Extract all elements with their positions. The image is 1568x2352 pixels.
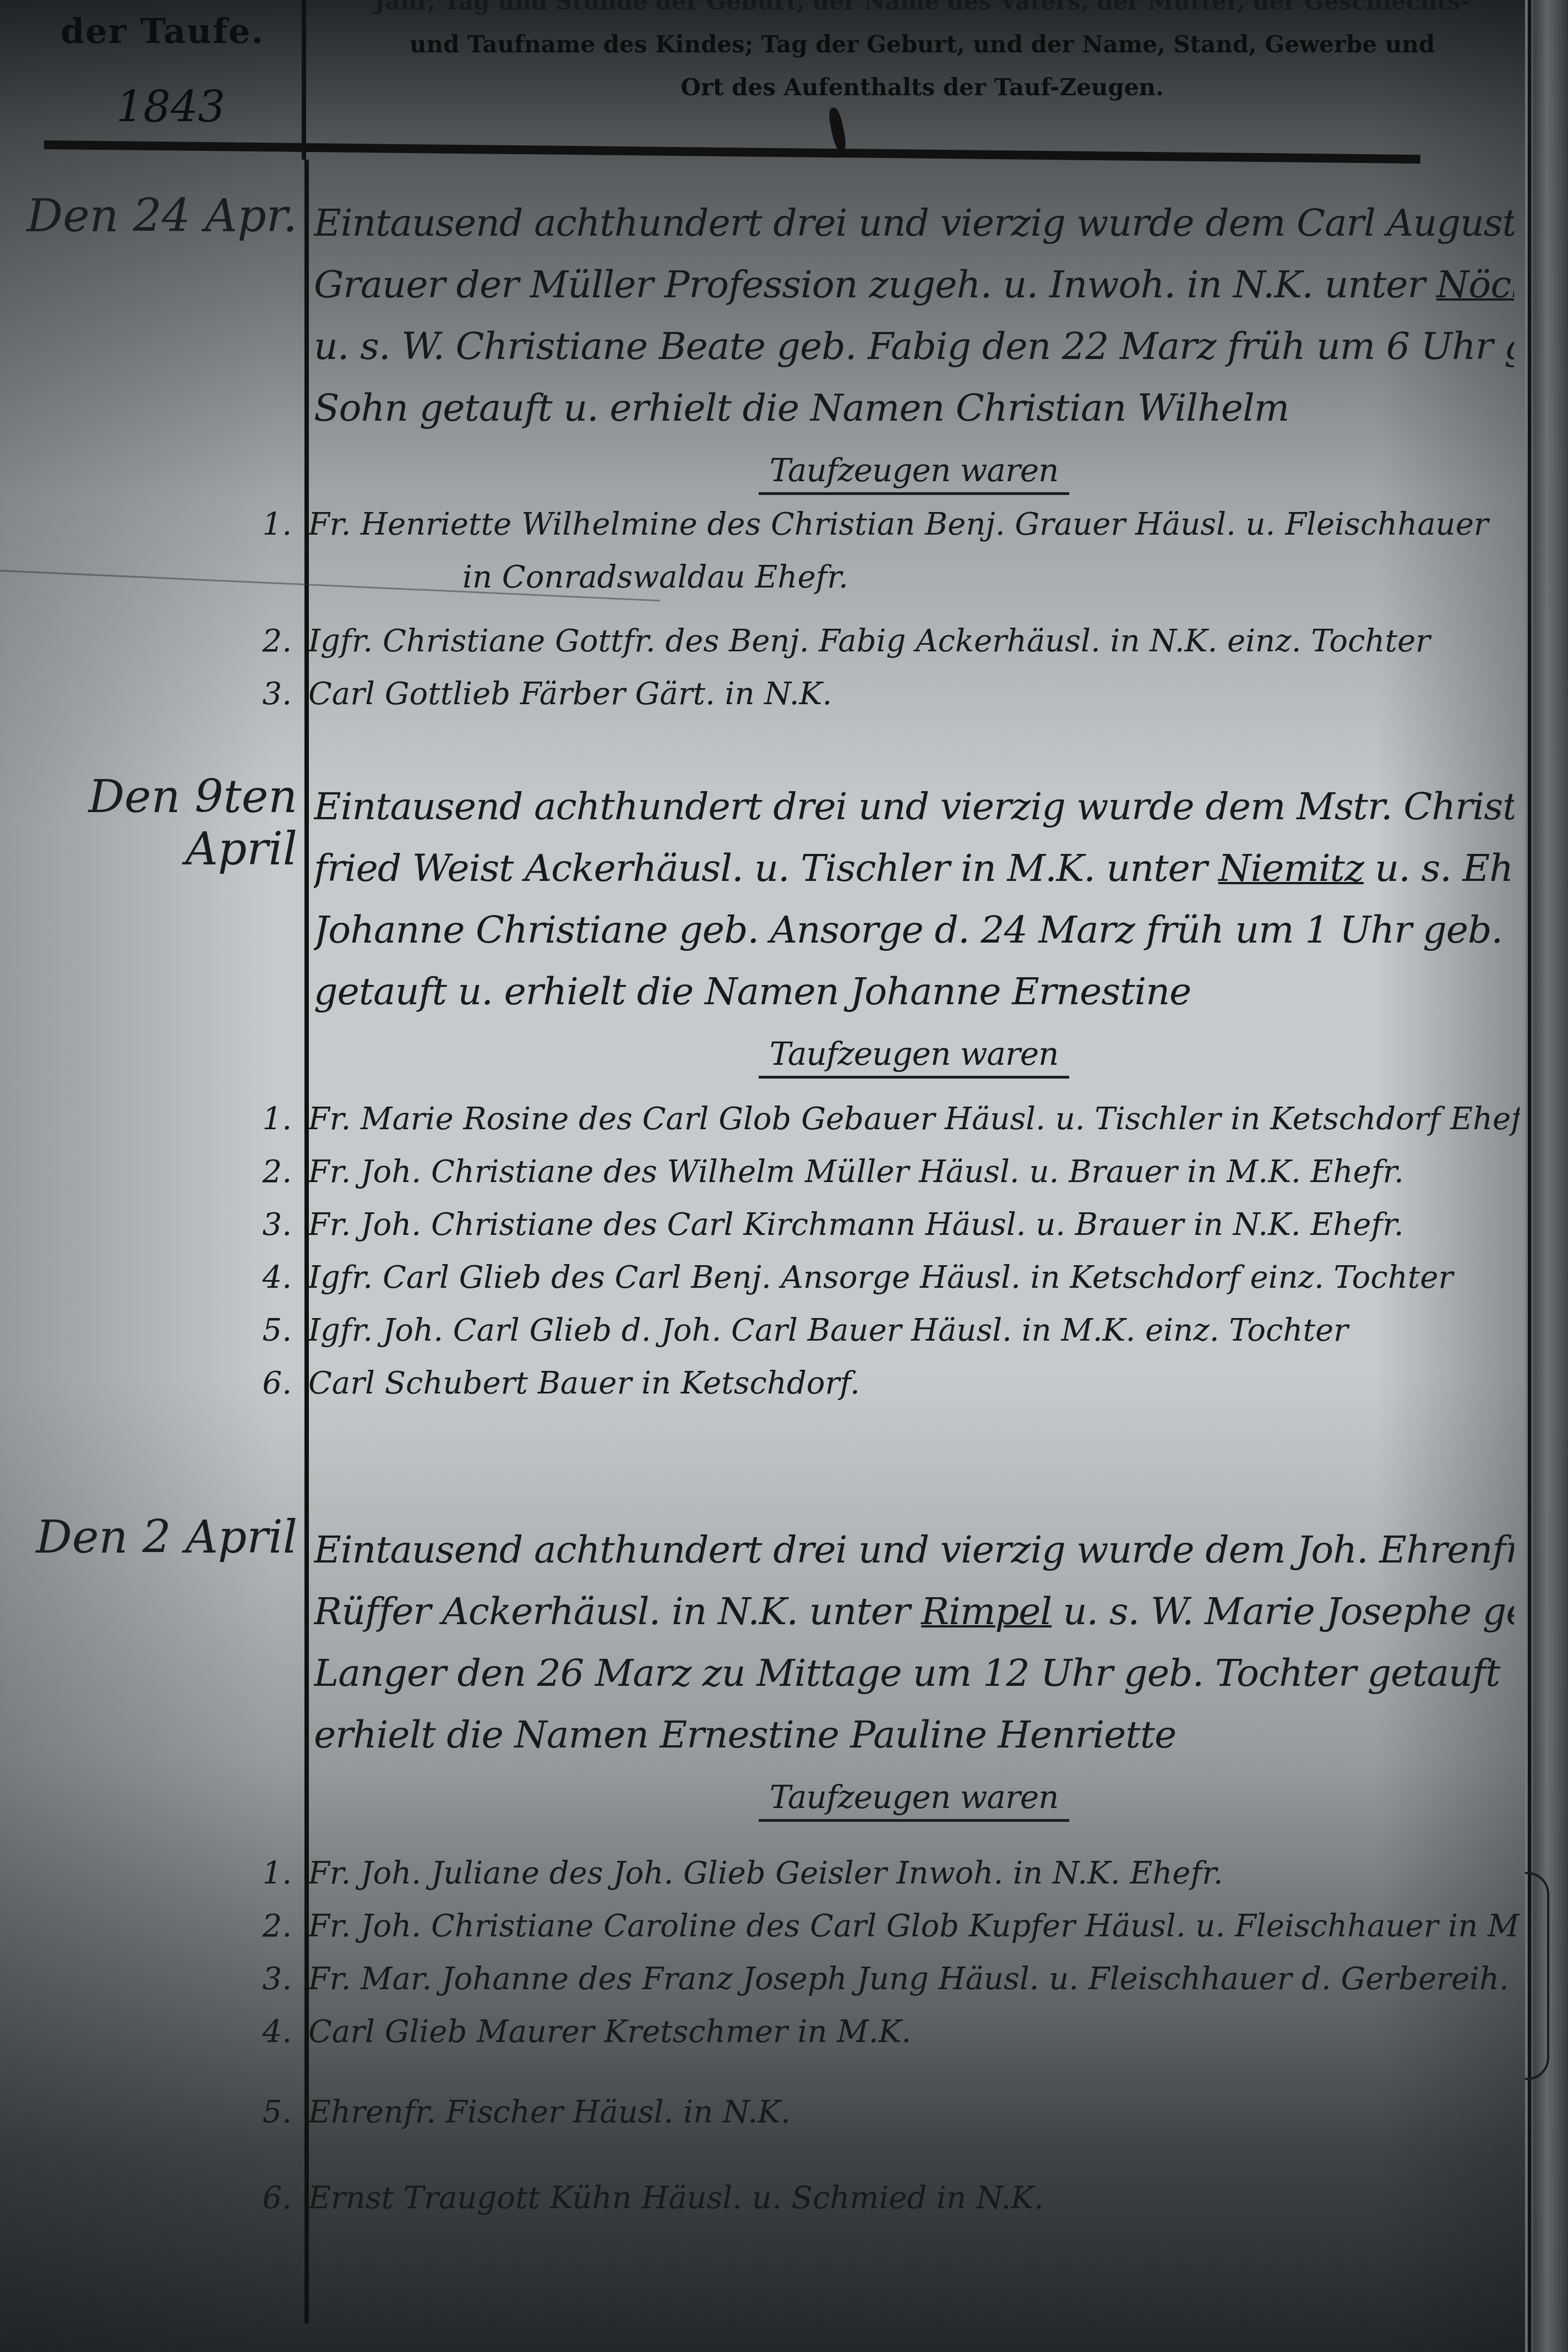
witness-text: Ehrenfr. Fischer Häusl. in N.K. (308, 2086, 1520, 2139)
witness-number: 4. (242, 2006, 308, 2059)
witness-heading: Taufzeugen waren (314, 1766, 1514, 1828)
witness-row: 3.Fr. Mar. Johanne des Franz Joseph Jung… (242, 1953, 1520, 2006)
witness-row-continued: in Conradswaldau Ehefr. (242, 551, 1520, 604)
underlined-place-name: Niemitz (1218, 847, 1364, 890)
witness-text: Ernst Traugott Kühn Häusl. u. Schmied in… (308, 2172, 1520, 2225)
witness-number: 3. (242, 1953, 308, 2006)
witness-text: Igfr. Carl Glieb des Carl Benj. Ansorge … (308, 1251, 1520, 1304)
record-line: Eintausend achthundert drei und vierzig … (314, 193, 1514, 254)
witness-row: 6.Carl Schubert Bauer in Ketschdorf. (242, 1357, 1520, 1410)
witness-text: Fr. Joh. Christiane des Wilhelm Müller H… (308, 1146, 1520, 1199)
witness-text: Fr. Joh. Juliane des Joh. Glieb Geisler … (308, 1847, 1520, 1900)
witness-number: 2. (242, 615, 308, 668)
record-line: Grauer der Müller Profession zugeh. u. I… (314, 254, 1514, 316)
record-line: Sohn getauft u. erhielt die Namen Christ… (314, 378, 1514, 439)
witness-number: 2. (242, 1900, 308, 1953)
header-left-title: der Taufe. (33, 11, 292, 51)
header-line-1: Jahr, Tag und Stunde der Geburt, der Nam… (336, 0, 1509, 23)
witness-row: 2.Igfr. Christiane Gottfr. des Benj. Fab… (242, 615, 1520, 668)
header-bottom-rule (44, 140, 1420, 164)
witness-row: 1.Fr. Marie Rosine des Carl Glob Gebauer… (242, 1093, 1520, 1146)
record-line: Rüffer Ackerhäusl. in N.K. unter Rimpel … (314, 1581, 1514, 1643)
entry-record: Eintausend achthundert drei und vierzig … (314, 776, 1514, 1085)
header-column-divider (302, 0, 306, 160)
entry-date: Den 24 Apr. (0, 190, 297, 242)
witness-row: 4.Igfr. Carl Glieb des Carl Benj. Ansorg… (242, 1251, 1520, 1304)
witness-row: 2.Fr. Joh. Christiane Caroline des Carl … (242, 1900, 1520, 1953)
witness-text: Fr. Marie Rosine des Carl Glob Gebauer H… (308, 1093, 1520, 1146)
witness-number: 4. (242, 1251, 308, 1304)
witness-text: Igfr. Joh. Carl Glieb d. Joh. Carl Bauer… (308, 1304, 1520, 1357)
record-line: fried Weist Ackerhäusl. u. Tischler in M… (314, 838, 1514, 900)
header-main-title: Jahr, Tag und Stunde der Geburt, der Nam… (336, 0, 1509, 109)
witness-row: 3.Fr. Joh. Christiane des Carl Kirchmann… (242, 1199, 1520, 1251)
record-line: u. s. W. Christiane Beate geb. Fabig den… (314, 316, 1514, 378)
header-year: 1843 (110, 83, 231, 132)
witness-text: Fr. Joh. Christiane des Carl Kirchmann H… (308, 1199, 1520, 1251)
record-line: getauft u. erhielt die Namen Johanne Ern… (314, 961, 1514, 1023)
underlined-place-name: Rimpel (921, 1590, 1052, 1634)
witness-text: Fr. Joh. Christiane Caroline des Carl Gl… (308, 1900, 1520, 1953)
entry-date: Den 9ten April (0, 771, 297, 875)
witness-row: 6.Ernst Traugott Kühn Häusl. u. Schmied … (242, 2172, 1520, 2225)
register-page: der Taufe. 1843 Jahr, Tag und Stunde der… (0, 0, 1568, 2352)
witness-number: 3. (242, 1199, 308, 1251)
witness-text: in Conradswaldau Ehefr. (462, 551, 1520, 604)
witness-text: Igfr. Christiane Gottfr. des Benj. Fabig… (308, 615, 1520, 668)
witness-number: 1. (242, 498, 308, 551)
witness-number: 1. (242, 1093, 308, 1146)
witness-row: 5.Ehrenfr. Fischer Häusl. in N.K. (242, 2086, 1520, 2139)
ink-blot (827, 107, 848, 153)
witness-text: Fr. Mar. Johanne des Franz Joseph Jung H… (308, 1953, 1520, 2006)
witness-number: 3. (242, 668, 308, 721)
witness-row: 1.Fr. Joh. Juliane des Joh. Glieb Geisle… (242, 1847, 1520, 1900)
witness-row: 3.Carl Gottlieb Färber Gärt. in N.K. (242, 668, 1520, 721)
witness-text: Carl Gottlieb Färber Gärt. in N.K. (308, 668, 1520, 721)
record-line: Johanne Christiane geb. Ansorge d. 24 Ma… (314, 900, 1514, 961)
header-line-2: und Taufname des Kindes; Tag der Geburt,… (336, 23, 1509, 66)
witness-number: 1. (242, 1847, 308, 1900)
record-line: Langer den 26 Marz zu Mittage um 12 Uhr … (314, 1643, 1514, 1705)
witness-row: 1.Fr. Henriette Wilhelmine des Christian… (242, 498, 1520, 551)
witness-text: Carl Schubert Bauer in Ketschdorf. (308, 1357, 1520, 1410)
witness-list: 1.Fr. Marie Rosine des Carl Glob Gebauer… (242, 1093, 1520, 1410)
witness-heading: Taufzeugen waren (314, 1023, 1514, 1085)
entry-record: Eintausend achthundert drei und vierzig … (314, 1520, 1514, 1828)
witness-number: 2. (242, 1146, 308, 1199)
bracket-mark (1525, 1872, 1549, 2080)
record-line: erhielt die Namen Ernestine Pauline Henr… (314, 1705, 1514, 1766)
witness-heading: Taufzeugen waren (314, 439, 1514, 501)
witness-number: 5. (242, 1304, 308, 1357)
witness-text: Fr. Henriette Wilhelmine des Christian B… (308, 498, 1520, 551)
witness-text: Carl Glieb Maurer Kretschmer in M.K. (308, 2006, 1520, 2059)
witness-number: 5. (242, 2086, 308, 2139)
record-line: Eintausend achthundert drei und vierzig … (314, 776, 1514, 838)
witness-number: 6. (242, 1357, 308, 1410)
header-line-3: Ort des Aufenthalts der Tauf-Zeugen. (336, 66, 1509, 109)
record-line: Eintausend achthundert drei und vierzig … (314, 1520, 1514, 1581)
witness-number: 6. (242, 2172, 308, 2225)
underlined-place-name: Nöckel (1436, 263, 1514, 307)
witness-list: 1.Fr. Henriette Wilhelmine des Christian… (242, 498, 1520, 721)
witness-row: 2.Fr. Joh. Christiane des Wilhelm Müller… (242, 1146, 1520, 1199)
witness-list: 1.Fr. Joh. Juliane des Joh. Glieb Geisle… (242, 1847, 1520, 2225)
entry-date: Den 2 April (0, 1511, 297, 1564)
witness-row: 5.Igfr. Joh. Carl Glieb d. Joh. Carl Bau… (242, 1304, 1520, 1357)
witness-row: 4.Carl Glieb Maurer Kretschmer in M.K. (242, 2006, 1520, 2059)
entry-record: Eintausend achthundert drei und vierzig … (314, 193, 1514, 501)
